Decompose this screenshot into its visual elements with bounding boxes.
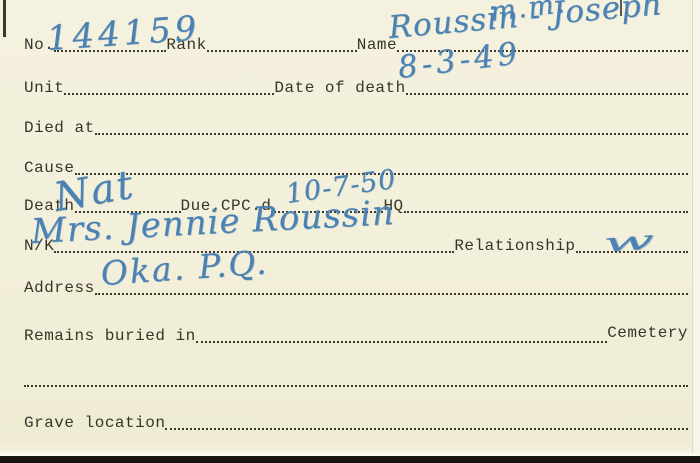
date-of-death-dotted-line — [406, 91, 688, 95]
relationship-label: Relationship — [454, 238, 575, 254]
remains-dotted-line — [196, 339, 607, 343]
died-at-label: Died at — [24, 120, 95, 136]
row-blank-line — [24, 368, 688, 388]
death-record-card: No. Rank Name Unit Date of death Died at… — [0, 0, 700, 463]
service-number-handwritten: 144159 — [46, 11, 202, 56]
row-unit-dod: Unit Date of death — [24, 76, 688, 96]
row-died-at: Died at — [24, 116, 688, 136]
scan-bottom-border — [0, 456, 700, 463]
remains-buried-in-label: Remains buried in — [24, 328, 196, 344]
address-dotted-line — [95, 291, 688, 295]
unit-label: Unit — [24, 80, 64, 96]
unit-dotted-line — [64, 91, 274, 95]
cemetery-label: Cemetery — [607, 325, 688, 341]
hq-dotted-line — [404, 209, 688, 213]
address-label: Address — [24, 280, 95, 296]
rank-dotted-line — [207, 48, 357, 52]
blank-dotted-line — [24, 383, 688, 387]
date-of-death-label: Date of death — [274, 80, 405, 96]
grave-dotted-line — [165, 426, 688, 430]
row-grave-location: Grave location — [24, 411, 688, 431]
grave-location-label: Grave location — [24, 415, 165, 431]
scan-topright-edge-mark — [620, 0, 622, 16]
died-at-dotted-line — [95, 131, 688, 135]
row-remains-cemetery: Remains buried in Cemetery — [24, 324, 688, 344]
scan-right-edge — [692, 0, 700, 456]
scan-left-edge-mark — [3, 0, 6, 37]
relationship-handwritten: w — [602, 227, 655, 257]
